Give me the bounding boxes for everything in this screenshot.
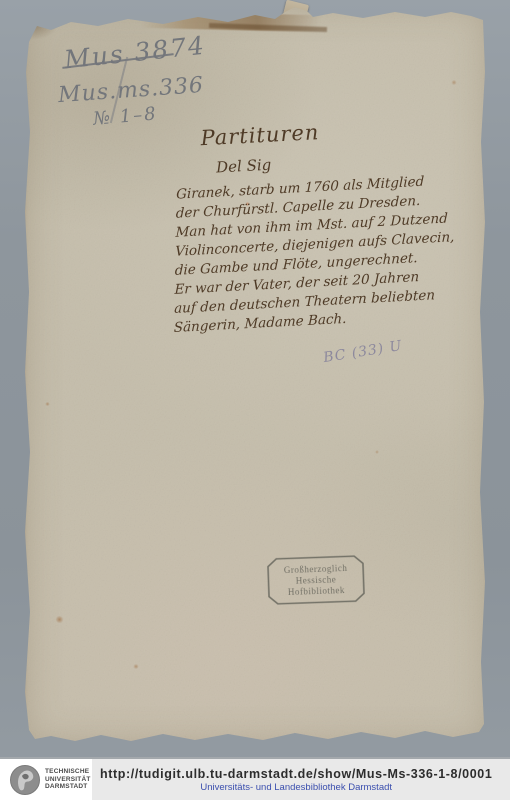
logo-wordmark: TECHNISCHE UNIVERSITÄT DARMSTADT [45, 768, 91, 791]
edge-stain [24, 14, 58, 40]
foxing-spot [133, 664, 139, 669]
stamp-line: Hofbibliothek [288, 585, 345, 598]
footer-caption: http://tudigit.ulb.tu-darmstadt.de/show/… [92, 759, 510, 800]
ink-note: Partituren Del Sig Giranek, starb um 176… [168, 112, 479, 337]
footer-bar: TECHNISCHE UNIVERSITÄT DARMSTADT http://… [0, 757, 510, 800]
logo-line: DARMSTADT [45, 783, 91, 791]
image-url: http://tudigit.ulb.tu-darmstadt.de/show/… [100, 767, 492, 781]
foxing-spot [55, 616, 64, 623]
foxing-spot [375, 450, 379, 454]
tu-darmstadt-logo: TECHNISCHE UNIVERSITÄT DARMSTADT [0, 759, 92, 800]
stamp-text: Großherzoglich Hessische Hofbibliothek [266, 554, 366, 605]
page-background: Mus 3874 Mus.ms.336 № 1–8 Partituren Del… [0, 0, 510, 800]
logo-line: UNIVERSITÄT [45, 776, 91, 784]
logo-line: TECHNISCHE [45, 768, 91, 776]
foxing-spot [45, 402, 50, 406]
athene-logo-icon [9, 764, 41, 796]
note-body: Giranek, starb um 1760 als Mitglied der … [174, 170, 476, 338]
library-name: Universitäts- und Landesbibliothek Darms… [100, 782, 492, 793]
library-stamp: Großherzoglich Hessische Hofbibliothek [266, 554, 366, 605]
foxing-spot [451, 80, 457, 85]
